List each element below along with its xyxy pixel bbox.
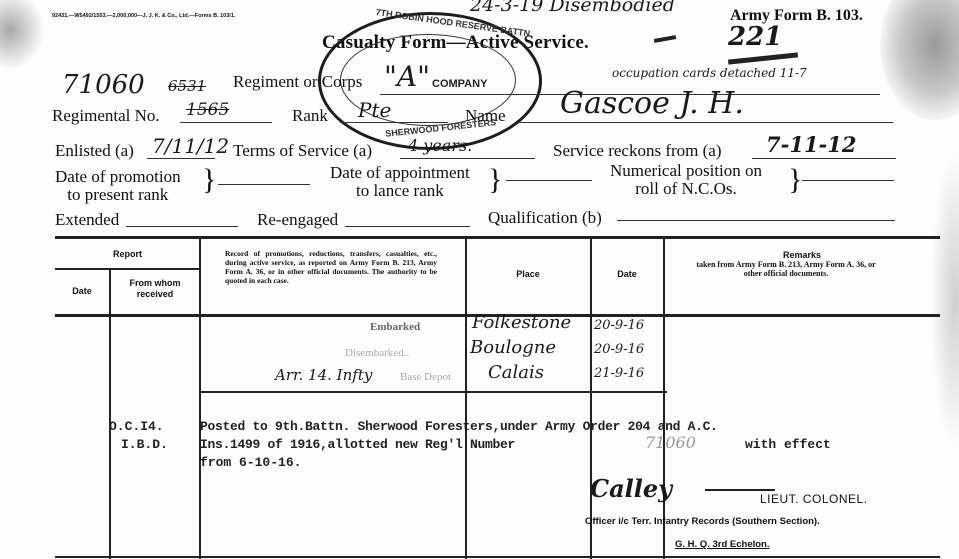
number-221: 221 — [728, 22, 782, 52]
date-embarked: 20-9-16 — [594, 318, 644, 333]
ink-stroke — [654, 35, 676, 43]
header-report: Report — [55, 249, 200, 259]
place-boulogne: Boulogne — [470, 337, 556, 358]
terms-label: Terms of Service (a) — [233, 141, 372, 161]
entry-line-2a: Ins.1499 of 1916,allotted new Reg'l Numb… — [200, 437, 515, 452]
signature-line — [705, 489, 775, 491]
header-from-whom: From whom received — [112, 278, 198, 300]
movement-label-embarked: Embarked — [370, 321, 420, 333]
qualification-label: Qualification (b) — [488, 208, 602, 228]
rank-value: Pte — [358, 98, 391, 122]
place-calais: Calais — [488, 362, 544, 383]
entry-new-number: 71060 — [645, 433, 696, 452]
service-reckons-line — [752, 158, 896, 159]
printer-imprint: 92431.—W5492/1553.—2,000,000—J. J. K. & … — [52, 13, 235, 19]
col-divider — [109, 268, 111, 559]
date-disembarked: 20-9-16 — [594, 342, 644, 357]
promotion-label: Date of promotion to present rank — [55, 168, 181, 204]
signature-scrawl: Calley — [590, 474, 672, 503]
place-folkestone: Folkestone — [472, 312, 571, 333]
numerical-position-label: Numerical position on roll of N.C.Os. — [610, 162, 762, 198]
table-top-rule — [55, 236, 940, 239]
name-line — [518, 122, 893, 123]
stamp-company-text: COMPANY — [432, 78, 487, 90]
reengaged-label: Re-engaged — [257, 210, 338, 230]
terms-line — [400, 158, 535, 159]
name-value: Gascoe J. H. — [560, 86, 744, 121]
regiment-value: "A" — [384, 60, 430, 93]
regiment-label: Regiment or Corps — [233, 72, 362, 92]
regimental-no-label: Regimental No. — [52, 106, 160, 126]
reengaged-line — [345, 226, 470, 227]
brace: } — [202, 163, 216, 197]
header-date: Date — [55, 286, 109, 296]
enlisted-value: 7/11/12 — [152, 134, 229, 158]
regimental-no-line — [180, 122, 272, 123]
scan-stain-top-right — [880, 0, 959, 120]
col-divider — [465, 239, 467, 559]
service-reckons-value: 7-11-12 — [766, 132, 857, 157]
appointment-label: Date of appointment to lance rank — [330, 164, 470, 200]
movement-label-disembarked: Disembarked.. — [345, 347, 409, 359]
col-divider — [199, 239, 201, 559]
header-place: Place — [466, 269, 590, 279]
old-number-struck: 6531 — [168, 77, 206, 95]
scan-stain-right-edge — [930, 150, 959, 450]
entry-line-1: Posted to 9th.Battn. Sherwood Foresters,… — [200, 419, 718, 434]
terms-value: 4 years. — [408, 136, 472, 155]
rank-label: Rank — [292, 106, 328, 126]
disembodied-note: 24-3-19 Disembodied — [470, 0, 675, 16]
extended-line — [126, 226, 238, 227]
header-remarks-sub: taken from Army Form B. 213, Army Form A… — [690, 260, 882, 278]
rank-line — [340, 122, 448, 123]
scan-stain-top-left — [0, 0, 45, 70]
enlisted-label: Enlisted (a) — [55, 141, 134, 161]
numerical-position-line — [802, 180, 894, 181]
ink-stroke — [728, 52, 798, 64]
signature-rank: LIEUT. COLONEL. — [760, 492, 868, 506]
regimental-no-value: 1565 — [186, 100, 229, 120]
entry-line-2b: with effect — [745, 437, 831, 452]
appointment-line — [506, 180, 592, 181]
promotion-line — [218, 184, 310, 185]
entry-line-3: from 6-10-16. — [200, 455, 301, 470]
occupation-note: occupation cards detached 11-7 — [612, 66, 807, 80]
qualification-line — [617, 220, 895, 221]
new-number-margin: 71060 — [62, 70, 145, 100]
header-record: Record of promotions, reductions, transf… — [225, 249, 437, 285]
report-subheader-rule — [55, 268, 200, 270]
header-remarks: Remarks — [664, 250, 940, 260]
table-bottom-rule — [55, 556, 940, 558]
movement-prefix: Arr. 14. Infty — [275, 366, 372, 384]
brace: } — [788, 163, 802, 197]
extended-label: Extended — [55, 210, 119, 230]
col-divider — [590, 239, 592, 559]
entry-from-whom-1: O.C.I4. — [109, 419, 164, 434]
movement-label-base-depot: Base Depot — [400, 371, 451, 383]
name-label: Name — [465, 106, 506, 126]
date-base-depot: 21-9-16 — [594, 366, 644, 381]
signature-office: Officer i/c Terr. Infantry Records (Sout… — [585, 516, 820, 527]
service-reckons-label: Service reckons from (a) — [553, 141, 722, 161]
col-divider — [663, 239, 665, 559]
header-date-2: Date — [591, 269, 663, 279]
brace: } — [488, 163, 502, 197]
signature-location: G. H. Q. 3rd Echelon. — [675, 539, 770, 550]
enlisted-line — [147, 158, 215, 159]
movement-rule — [199, 391, 667, 393]
entry-from-whom-2: I.B.D. — [121, 437, 168, 452]
